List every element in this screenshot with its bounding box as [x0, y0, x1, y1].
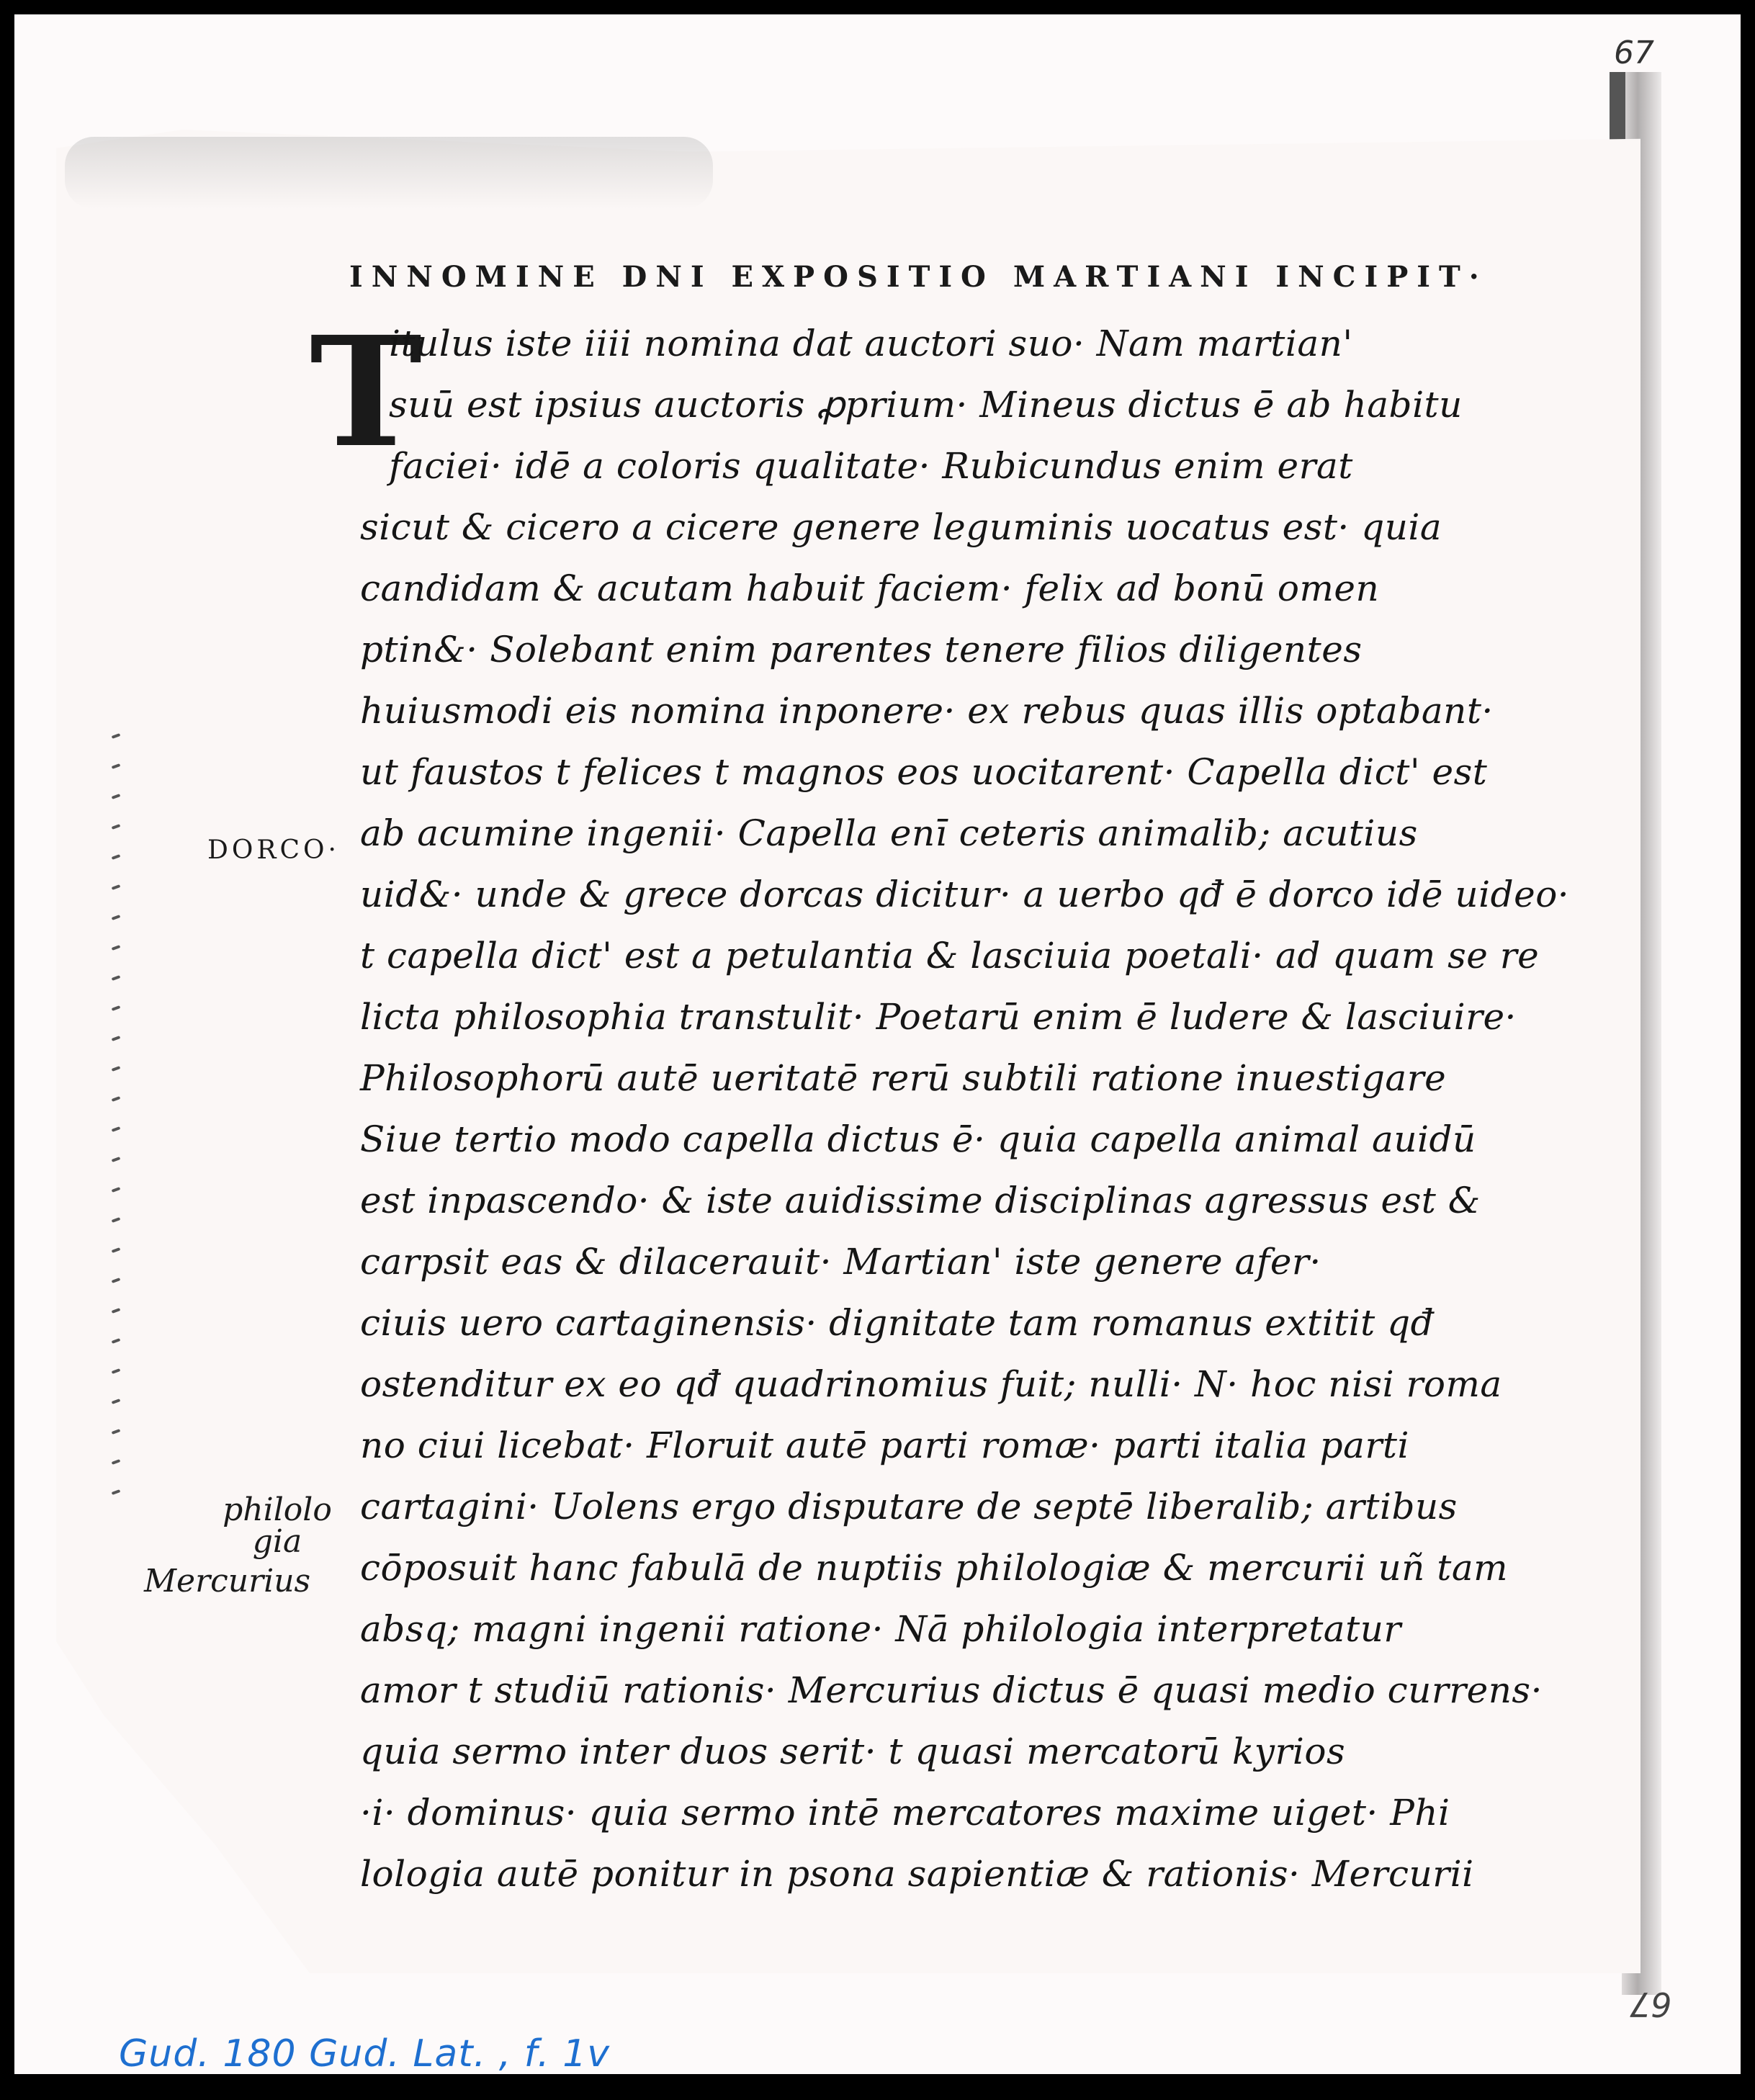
gloss-philologia-line1: philolo — [220, 1494, 335, 1526]
pricking-mark — [112, 854, 121, 860]
text-line: uid&· unde & grece dorcas dicitur· a uer… — [360, 864, 1606, 925]
main-text-block: INNOMINE DNI EXPOSITIO MARTIANI INCIPIT·… — [360, 256, 1606, 1905]
pricking-mark — [112, 1036, 121, 1041]
text-line: licta philosophia transtulit· Poetarū en… — [360, 987, 1606, 1048]
text-line: ·i· dominus· quia sermo intē mercatores … — [360, 1782, 1606, 1844]
marginal-gloss-philologia: philolo gia — [220, 1494, 335, 1558]
text-line: quia sermo inter duos serit· t quasi mer… — [360, 1721, 1606, 1782]
text-line: faciei· idē a coloris qualitate· Rubicun… — [360, 436, 1606, 497]
text-line: sicut & cicero a cicere genere leguminis… — [360, 497, 1606, 558]
folio-number: 67 — [1614, 35, 1654, 71]
leaf-stain — [65, 137, 713, 209]
shelfmark-annotation: Gud. 180 Gud. Lat. , f. 1v — [119, 2032, 610, 2076]
marginal-gloss-dorco: DORCO· — [207, 835, 340, 865]
folio-number-rotated: 67 — [1630, 1985, 1672, 2024]
pricking-mark — [112, 1157, 121, 1162]
text-line: Philosophorū autē ueritatē rerū subtili … — [360, 1048, 1606, 1109]
text-line: suū est ipsius auctoris ꝓprium· Mineus d… — [360, 374, 1606, 436]
pricking-mark — [112, 794, 121, 799]
text-line: no ciui licebat· Floruit autē parti romæ… — [360, 1415, 1606, 1476]
text-line: carpsit eas & dilacerauit· Martian' iste… — [360, 1231, 1606, 1293]
text-line: est inpascendo· & iste auidissime discip… — [360, 1170, 1606, 1231]
gloss-philologia-line2: gia — [220, 1526, 335, 1558]
pricking-mark — [112, 1308, 121, 1314]
pricking-mark — [112, 1278, 121, 1283]
pricking-mark — [112, 915, 121, 920]
pricking-mark — [112, 975, 121, 981]
text-line: absq; magni ingenii ratione· Nā philolog… — [360, 1599, 1606, 1660]
text-line: ostenditur ex eo qđ quadrinomius fuit; n… — [360, 1354, 1606, 1415]
pricking-mark — [112, 763, 121, 769]
text-line: amor t studiū rationis· Mercurius dictus… — [360, 1660, 1606, 1721]
pricking-mark — [112, 1489, 121, 1495]
pricking-mark — [112, 1187, 121, 1193]
pricking-mark — [112, 1126, 121, 1132]
text-line: cartagini· Uolens ergo disputare de sept… — [360, 1476, 1606, 1538]
text-line: ab acumine ingenii· Capella enī ceteris … — [360, 803, 1606, 864]
text-line: ciuis uero cartaginensis· dignitate tam … — [360, 1293, 1606, 1354]
pricking-mark — [112, 1368, 121, 1374]
marginal-gloss-mercurius: Mercurius — [144, 1563, 310, 1599]
text-line: huiusmodi eis nomina inponere· ex rebus … — [360, 681, 1606, 742]
pricking-mark — [112, 1096, 121, 1102]
pricking-mark — [112, 945, 121, 951]
pricking-mark — [112, 1399, 121, 1404]
pricking-mark — [112, 884, 121, 890]
text-line: itulus iste iiii nomina dat auctori suo·… — [360, 313, 1606, 374]
pricking-mark — [112, 1429, 121, 1435]
text-line: ptin&· Solebant enim parentes tenere fil… — [360, 619, 1606, 681]
text-line: ut faustos t felices t magnos eos uocita… — [360, 742, 1606, 803]
pricking-mark — [112, 1459, 121, 1465]
text-line: Siue tertio modo capella dictus ē· quia … — [360, 1109, 1606, 1170]
text-line: lologia autē ponitur in psona sapientiæ … — [360, 1844, 1606, 1905]
pricking-mark — [112, 1066, 121, 1072]
text-line: cōposuit hanc fabulā de nuptiis philolog… — [360, 1538, 1606, 1599]
pricking-marks — [112, 735, 126, 1599]
text-line: t capella dict' est a petulantia & lasci… — [360, 925, 1606, 987]
pricking-mark — [112, 1005, 121, 1011]
pricking-mark — [112, 1247, 121, 1253]
pricking-mark — [112, 733, 121, 739]
incipit-heading: INNOMINE DNI EXPOSITIO MARTIANI INCIPIT· — [349, 256, 1606, 313]
text-line: candidam & acutam habuit faciem· felix a… — [360, 558, 1606, 619]
pricking-mark — [112, 1338, 121, 1344]
pricking-mark — [112, 1217, 121, 1223]
pricking-mark — [112, 824, 121, 830]
